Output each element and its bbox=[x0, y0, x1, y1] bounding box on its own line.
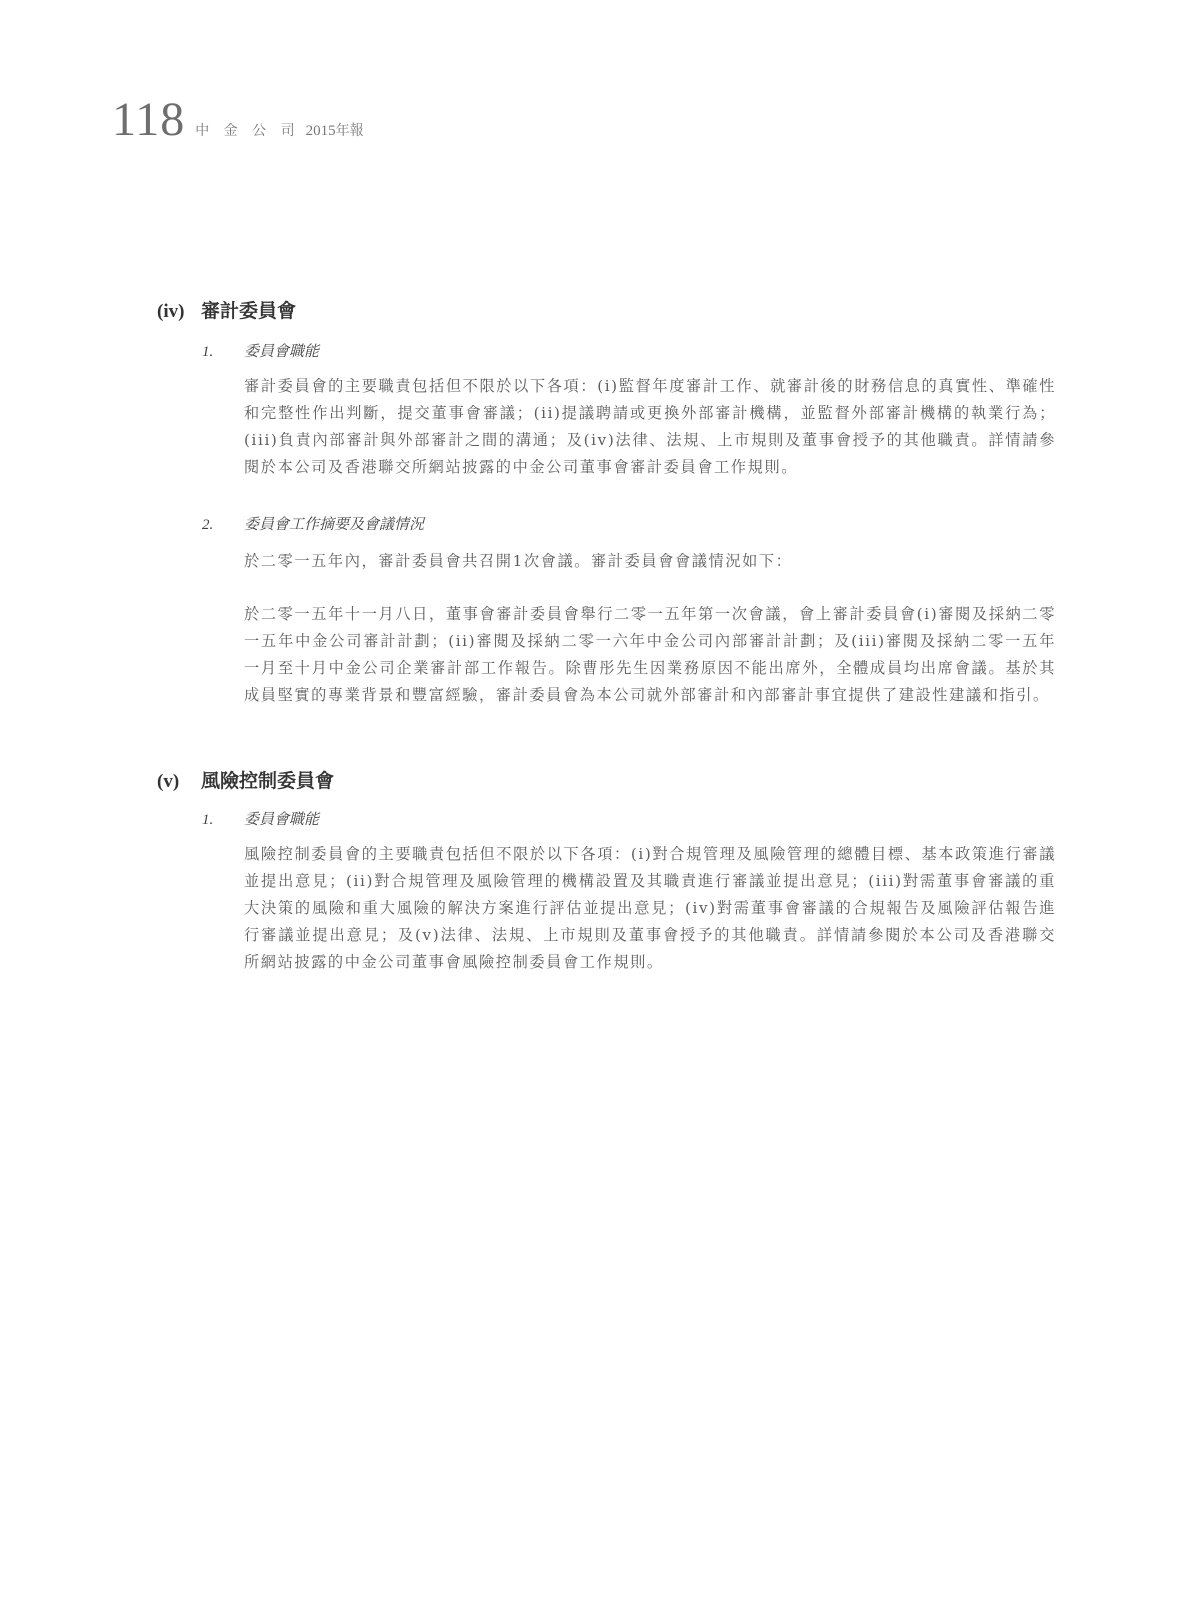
section-title: 風險控制委員會 bbox=[201, 766, 334, 793]
subsection-number: 2. bbox=[202, 517, 244, 534]
subsection-title: 委員會職能 bbox=[244, 340, 319, 361]
report-year: 2015 bbox=[306, 123, 336, 139]
subsection-committee-functions: 1. 委員會職能 bbox=[157, 340, 1062, 361]
section-risk-control-committee: (v) 風險控制委員會 bbox=[157, 766, 1062, 793]
page-header: 118 中 金 公 司2015年報 bbox=[112, 96, 364, 144]
subsection-heading: 2. 委員會工作摘要及會議情況 bbox=[202, 513, 1062, 534]
paragraph: 於二零一五年十一月八日，董事會審計委員會舉行二零一五年第一次會議，會上審計委員會… bbox=[244, 601, 1056, 709]
paragraph-block: 於二零一五年十一月八日，董事會審計委員會舉行二零一五年第一次會議，會上審計委員會… bbox=[157, 601, 1062, 709]
section-heading: (iv) 審計委員會 bbox=[157, 296, 1062, 323]
section-number: (v) bbox=[157, 771, 201, 793]
paragraph: 風險控制委員會的主要職責包括但不限於以下各項：(i)對合規管理及風險管理的總體目… bbox=[244, 841, 1056, 976]
page-number: 118 bbox=[112, 96, 185, 144]
paragraph: 審計委員會的主要職責包括但不限於以下各項：(i)監督年度審計工作、就審計後的財務… bbox=[244, 373, 1056, 481]
subsection-title: 委員會工作摘要及會議情況 bbox=[244, 513, 424, 534]
subsection-heading: 1. 委員會職能 bbox=[202, 340, 1062, 361]
company-name: 中 金 公 司 bbox=[195, 123, 299, 139]
report-title: 中 金 公 司2015年報 bbox=[195, 120, 363, 140]
subsection-heading: 1. 委員會職能 bbox=[202, 808, 1062, 829]
section-audit-committee: (iv) 審計委員會 bbox=[157, 296, 1062, 323]
paragraph-block: 於二零一五年內，審計委員會共召開1次會議。審計委員會會議情況如下： bbox=[157, 548, 1062, 575]
paragraph-block: 審計委員會的主要職責包括但不限於以下各項：(i)監督年度審計工作、就審計後的財務… bbox=[157, 373, 1062, 481]
report-type: 年報 bbox=[336, 123, 364, 139]
subsection-number: 1. bbox=[202, 812, 244, 829]
paragraph-block: 風險控制委員會的主要職責包括但不限於以下各項：(i)對合規管理及風險管理的總體目… bbox=[157, 841, 1062, 976]
subsection-title: 委員會職能 bbox=[244, 808, 319, 829]
paragraph: 於二零一五年內，審計委員會共召開1次會議。審計委員會會議情況如下： bbox=[244, 548, 1056, 575]
section-heading: (v) 風險控制委員會 bbox=[157, 766, 1062, 793]
section-title: 審計委員會 bbox=[201, 296, 296, 323]
subsection-committee-functions: 1. 委員會職能 bbox=[157, 808, 1062, 829]
subsection-number: 1. bbox=[202, 344, 244, 361]
section-number: (iv) bbox=[157, 301, 201, 323]
subsection-work-summary: 2. 委員會工作摘要及會議情況 bbox=[157, 513, 1062, 534]
